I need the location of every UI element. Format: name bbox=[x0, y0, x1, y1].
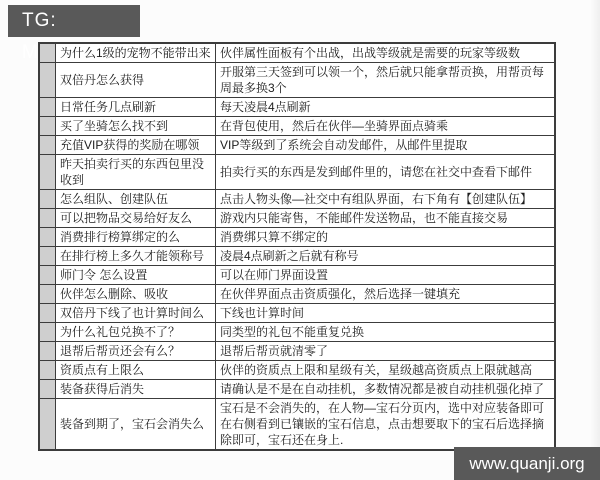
answer-cell: 点击人物头像—社交中有组队界面，右下角有【创建队伍】 bbox=[216, 190, 556, 209]
question-cell: 充值VIP获得的奖励在哪领 bbox=[56, 136, 216, 155]
table-row: 双倍丹怎么获得开服第三天签到可以领一个，然后就只能拿帮贡换，用帮贡每周最多换3个 bbox=[39, 63, 555, 98]
table-row: 双倍丹下线了也计算时间么下线也计算时间 bbox=[39, 304, 555, 323]
question-cell: 双倍丹怎么获得 bbox=[56, 63, 216, 98]
answer-cell: 每天凌晨4点刷新 bbox=[216, 98, 556, 117]
question-cell: 买了坐骑怎么找不到 bbox=[56, 117, 216, 136]
table-row: 充值VIP获得的奖励在哪领VIP等级到了系统会自动发邮件，从邮件里提取 bbox=[39, 136, 555, 155]
question-cell: 双倍丹下线了也计算时间么 bbox=[56, 304, 216, 323]
answer-cell: 退帮后帮贡就清零了 bbox=[216, 342, 556, 361]
answer-cell: 在伙伴界面点击资质强化，然后选择一键填充 bbox=[216, 285, 556, 304]
row-gutter-cell bbox=[39, 117, 56, 136]
question-cell: 消费排行榜算绑定的么 bbox=[56, 228, 216, 247]
table-row: 怎么组队、创建队伍点击人物头像—社交中有组队界面，右下角有【创建队伍】 bbox=[39, 190, 555, 209]
table-row: 师门令 怎么设置可以在师门界面设置 bbox=[39, 266, 555, 285]
table-row: 资质点有上限么伙伴的资质点上限和星级有关，星级越高资质点上限就越高 bbox=[39, 361, 555, 380]
row-gutter-cell bbox=[39, 247, 56, 266]
row-gutter-cell bbox=[39, 228, 56, 247]
table-row: 昨天拍卖行买的东西包里没收到拍卖行买的东西是发到邮件里的，请您在社交中查看下邮件 bbox=[39, 155, 555, 190]
page-edge-shade bbox=[590, 0, 600, 480]
answer-cell: 凌晨4点刷新之后就有称号 bbox=[216, 247, 556, 266]
question-cell: 退帮后帮贡还会有么？ bbox=[56, 342, 216, 361]
row-gutter-cell bbox=[39, 43, 56, 63]
table-row: 装备到期了，宝石会消失么宝石是不会消失的，在人物—宝石分页内，选中对应装备即可在… bbox=[39, 399, 555, 451]
row-gutter-cell bbox=[39, 190, 56, 209]
question-cell: 装备获得后消失 bbox=[56, 380, 216, 399]
answer-cell: 游戏内只能寄售，不能邮件发送物品，也不能直接交易 bbox=[216, 209, 556, 228]
table-row: 为什么1级的宠物不能带出来伙伴属性面板有个出战，出战等级就是需要的玩家等级数 bbox=[39, 43, 555, 63]
answer-cell: 拍卖行买的东西是发到邮件里的，请您在社交中查看下邮件 bbox=[216, 155, 556, 190]
watermark-badge: www.quanji.org bbox=[454, 447, 600, 480]
row-gutter-cell bbox=[39, 304, 56, 323]
answer-cell: 可以在师门界面设置 bbox=[216, 266, 556, 285]
answer-cell: 宝石是不会消失的，在人物—宝石分页内，选中对应装备即可在右侧看到已镶嵌的宝石信息… bbox=[216, 399, 556, 451]
faq-table-body: 为什么1级的宠物不能带出来伙伴属性面板有个出战，出战等级就是需要的玩家等级数双倍… bbox=[39, 43, 555, 450]
row-gutter-cell bbox=[39, 342, 56, 361]
row-gutter-cell bbox=[39, 266, 56, 285]
question-cell: 昨天拍卖行买的东西包里没收到 bbox=[56, 155, 216, 190]
table-row: 可以把物品交易给好友么游戏内只能寄售，不能邮件发送物品，也不能直接交易 bbox=[39, 209, 555, 228]
row-gutter-cell bbox=[39, 136, 56, 155]
question-cell: 为什么1级的宠物不能带出来 bbox=[56, 43, 216, 63]
row-gutter-cell bbox=[39, 63, 56, 98]
faq-table: 为什么1级的宠物不能带出来伙伴属性面板有个出战，出战等级就是需要的玩家等级数双倍… bbox=[38, 42, 556, 451]
row-gutter-cell bbox=[39, 285, 56, 304]
question-cell: 为什么礼包兑换不了？ bbox=[56, 323, 216, 342]
table-row: 装备获得后消失请确认是不是在自动挂机，多数情况都是被自动挂机强化掉了 bbox=[39, 380, 555, 399]
tg-contact-badge: TG: MYYJJPP bbox=[8, 5, 140, 37]
watermark-label: www.quanji.org bbox=[469, 454, 584, 473]
answer-cell: 伙伴属性面板有个出战，出战等级就是需要的玩家等级数 bbox=[216, 43, 556, 63]
answer-cell: 在背包使用，然后在伙伴—坐骑界面点骑乘 bbox=[216, 117, 556, 136]
row-gutter-cell bbox=[39, 155, 56, 190]
table-row: 消费排行榜算绑定的么消费绑只算不绑定的 bbox=[39, 228, 555, 247]
table-row: 为什么礼包兑换不了？同类型的礼包不能重复兑换 bbox=[39, 323, 555, 342]
question-cell: 师门令 怎么设置 bbox=[56, 266, 216, 285]
row-gutter-cell bbox=[39, 323, 56, 342]
answer-cell: 伙伴的资质点上限和星级有关，星级越高资质点上限就越高 bbox=[216, 361, 556, 380]
row-gutter-cell bbox=[39, 399, 56, 451]
question-cell: 在排行榜上多久才能领称号 bbox=[56, 247, 216, 266]
row-gutter-cell bbox=[39, 361, 56, 380]
row-gutter-cell bbox=[39, 380, 56, 399]
question-cell: 日常任务几点刷新 bbox=[56, 98, 216, 117]
question-cell: 怎么组队、创建队伍 bbox=[56, 190, 216, 209]
table-row: 日常任务几点刷新每天凌晨4点刷新 bbox=[39, 98, 555, 117]
table-row: 伙伴怎么删除、吸收在伙伴界面点击资质强化，然后选择一键填充 bbox=[39, 285, 555, 304]
answer-cell: 请确认是不是在自动挂机，多数情况都是被自动挂机强化掉了 bbox=[216, 380, 556, 399]
question-cell: 伙伴怎么删除、吸收 bbox=[56, 285, 216, 304]
question-cell: 装备到期了，宝石会消失么 bbox=[56, 399, 216, 451]
answer-cell: 同类型的礼包不能重复兑换 bbox=[216, 323, 556, 342]
answer-cell: VIP等级到了系统会自动发邮件，从邮件里提取 bbox=[216, 136, 556, 155]
question-cell: 可以把物品交易给好友么 bbox=[56, 209, 216, 228]
row-gutter-cell bbox=[39, 209, 56, 228]
table-row: 在排行榜上多久才能领称号凌晨4点刷新之后就有称号 bbox=[39, 247, 555, 266]
answer-cell: 消费绑只算不绑定的 bbox=[216, 228, 556, 247]
answer-cell: 下线也计算时间 bbox=[216, 304, 556, 323]
answer-cell: 开服第三天签到可以领一个，然后就只能拿帮贡换，用帮贡每周最多换3个 bbox=[216, 63, 556, 98]
row-gutter-cell bbox=[39, 98, 56, 117]
table-row: 买了坐骑怎么找不到在背包使用，然后在伙伴—坐骑界面点骑乘 bbox=[39, 117, 555, 136]
table-row: 退帮后帮贡还会有么？退帮后帮贡就清零了 bbox=[39, 342, 555, 361]
question-cell: 资质点有上限么 bbox=[56, 361, 216, 380]
